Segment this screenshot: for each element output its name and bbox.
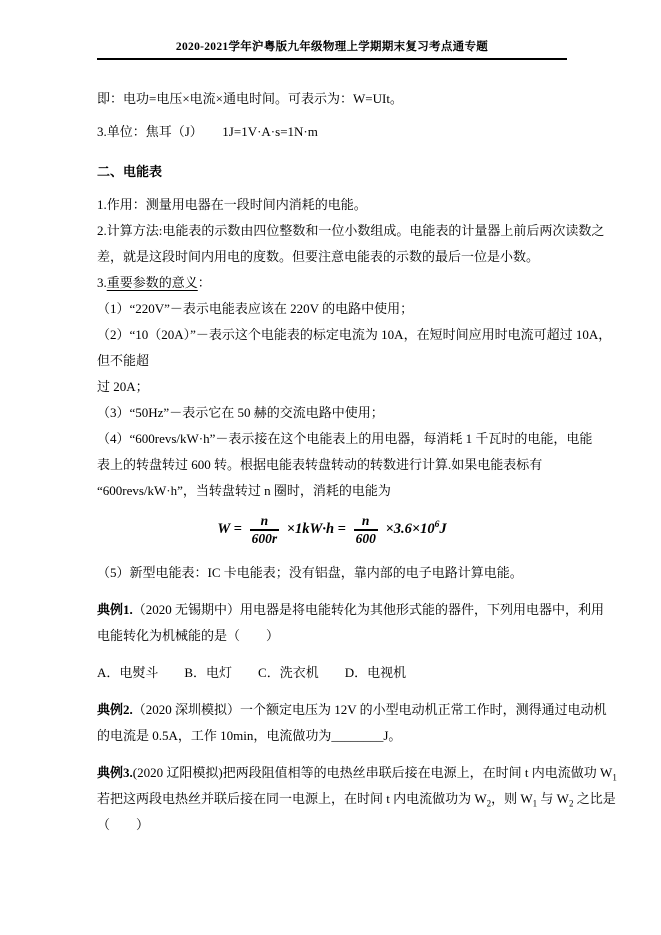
fraction-denominator: 600r bbox=[250, 531, 280, 547]
example-3-text: (2020 辽阳模拟)把两段阻值相等的电热丝串联后接在电源上，在时间 t 内电流… bbox=[133, 765, 613, 780]
formula-fraction-2: n600 bbox=[354, 513, 378, 546]
example-3-label: 典例3. bbox=[97, 765, 133, 780]
example-3-text: 之比是 bbox=[573, 791, 615, 806]
use-line: 1.作用：测量用电器在一段时间内消耗的电能。 bbox=[97, 192, 567, 218]
document-body: 即：电功=电压×电流×通电时间。可表示为：W=UIt。 3.单位：焦耳（J） 1… bbox=[97, 86, 567, 838]
example-3-line-2: 若把这两段电热丝并联后接在同一电源上，在时间 t 内电流做功为 W2，则 W1 … bbox=[97, 786, 567, 812]
params-title: 重要参数的意义 bbox=[107, 275, 198, 290]
formula-mid: ×1kW·h = bbox=[287, 521, 346, 537]
formula-unit: J bbox=[439, 521, 446, 537]
calc-line-1: 2.计算方法:电能表的示数由四位整数和一位小数组成。电能表的计量器上前后两次读数… bbox=[97, 218, 567, 244]
fraction-numerator: n bbox=[354, 513, 378, 531]
fraction-denominator: 600 bbox=[354, 531, 378, 547]
intro-line: 即：电功=电压×电流×通电时间。可表示为：W=UIt。 bbox=[97, 86, 567, 112]
param-4-line-2: 表上的转盘转过 600 转。根据电能表转盘转动的转数进行计算.如果电能表标有 bbox=[97, 452, 567, 478]
formula-tail: ×3.6×10 bbox=[385, 521, 434, 537]
example-3-text: 若把这两段电热丝并联后接在同一电源上，在时间 t 内电流做功为 W bbox=[97, 791, 487, 806]
example-1-text: （2020 无锡期中）用电器是将电能转化为其他形式能的器件，下列用电器中，利用 bbox=[133, 602, 604, 617]
example-2-line-1: 典例2.（2020 深圳模拟）一个额定电压为 12V 的小型电动机正常工作时，测… bbox=[97, 697, 567, 723]
example-3-text: ，则 W bbox=[491, 791, 533, 806]
params-prefix: 3. bbox=[97, 275, 107, 290]
param-2-line-1: （2）“10（20A）”－表示这个电能表的标定电流为 10A，在短时间应用时电流… bbox=[97, 322, 567, 348]
param-1-line: （1）“220V”－表示电能表应该在 220V 的电路中使用； bbox=[97, 296, 567, 322]
example-2-line-2: 的电流是 0.5A，工作 10min，电流做功为________J。 bbox=[97, 723, 567, 749]
params-colon: ： bbox=[198, 275, 211, 290]
param-4-line-1: （4）“600revs/kW·h”－表示接在这个电能表上的用电器，每消耗 1 千… bbox=[97, 426, 567, 452]
param-2-line-3: 过 20A； bbox=[97, 374, 567, 400]
section-heading: 二、电能表 bbox=[97, 159, 567, 185]
formula-fraction-1: n600r bbox=[250, 513, 280, 546]
param-3-line: （3）“50Hz”－表示它在 50 赫的交流电路中使用； bbox=[97, 400, 567, 426]
example-1-options: A．电熨斗 B．电灯 C．洗衣机 D．电视机 bbox=[97, 660, 567, 686]
document-page: 2020-2021学年沪粤版九年级物理上学期期末复习考点通专题 即：电功=电压×… bbox=[0, 0, 661, 935]
example-3-line-3: （ ） bbox=[97, 812, 567, 838]
param-5-line: （5）新型电能表：IC 卡电能表；没有铝盘，靠内部的电子电路计算电能。 bbox=[97, 560, 567, 586]
param-2-line-2: 但不能超 bbox=[97, 348, 567, 374]
document-title: 2020-2021学年沪粤版九年级物理上学期期末复习考点通专题 bbox=[97, 38, 567, 54]
params-heading: 3.重要参数的意义： bbox=[97, 270, 567, 296]
example-1-label: 典例1. bbox=[97, 602, 133, 617]
calc-line-2: 差，就是这段时间内用电的度数。但要注意电能表的示数的最后一位是小数。 bbox=[97, 244, 567, 270]
unit-line: 3.单位：焦耳（J） 1J=1V·A·s=1N·m bbox=[97, 119, 567, 145]
example-2-text: （2020 深圳模拟）一个额定电压为 12V 的小型电动机正常工作时，测得通过电… bbox=[133, 702, 607, 717]
example-1-line-2: 电能转化为机械能的是（ ） bbox=[97, 623, 567, 649]
page-header: 2020-2021学年沪粤版九年级物理上学期期末复习考点通专题 bbox=[97, 38, 567, 60]
example-2-label: 典例2. bbox=[97, 702, 133, 717]
example-3-text: 与 W bbox=[537, 791, 569, 806]
param-4-line-3: “600revs/kW·h”，当转盘转过 n 圈时，消耗的电能为 bbox=[97, 478, 567, 504]
energy-formula: W = n600r ×1kW·h = n600 ×3.6×106J bbox=[97, 513, 567, 546]
formula-lhs: W = bbox=[217, 521, 242, 537]
subscript: 1 bbox=[612, 773, 617, 783]
fraction-numerator: n bbox=[250, 513, 280, 531]
example-3-line-1: 典例3.(2020 辽阳模拟)把两段阻值相等的电热丝串联后接在电源上，在时间 t… bbox=[97, 760, 567, 786]
example-1-line-1: 典例1.（2020 无锡期中）用电器是将电能转化为其他形式能的器件，下列用电器中… bbox=[97, 597, 567, 623]
